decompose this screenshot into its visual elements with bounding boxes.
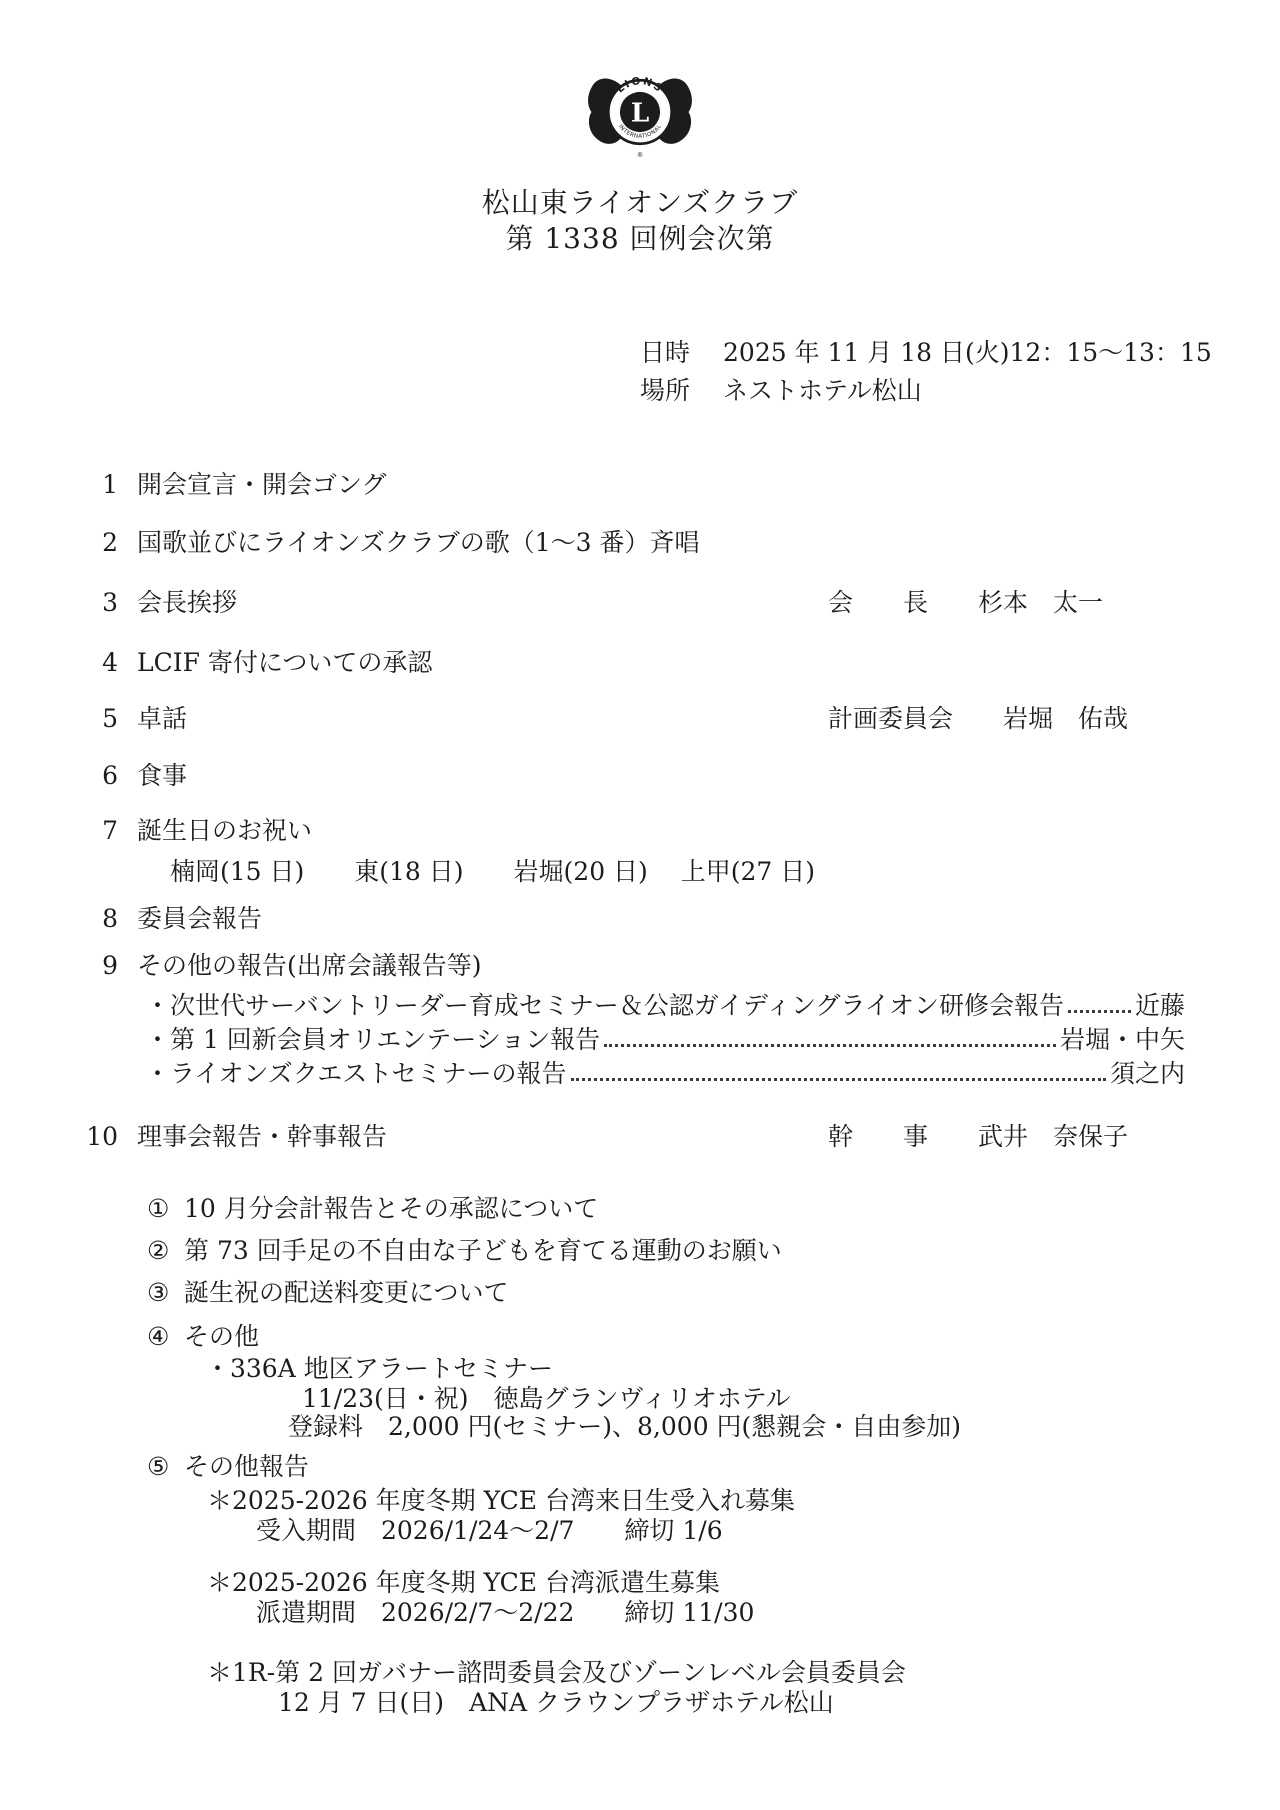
yce-incoming-period: 受入期間 2026/1/24～2/7 締切 1/6 [256, 1516, 723, 1546]
subitem-text: 第 73 回手足の不自由な子どもを育てる運動のお願い [184, 1236, 782, 1265]
circled-number: ② [147, 1236, 184, 1266]
report-text: ・次世代サーバントリーダー育成セミナー＆公認ガイディングライオン研修会報告 [145, 991, 1064, 1021]
subitem-5: ⑤その他報告 [147, 1452, 309, 1482]
report-person: 岩堀・中矢 [1060, 1025, 1185, 1055]
subitem-text: 誕生祝の配送料変更について [184, 1278, 509, 1307]
datetime-value: 2025 年 11 月 18 日(火)12：15～13：15 [723, 338, 1212, 367]
agenda-text: 会長挨拶 [137, 588, 237, 618]
yce-outgoing-period: 派遣期間 2026/2/7～2/22 締切 11/30 [256, 1598, 754, 1628]
report-person: 須之内 [1110, 1059, 1185, 1089]
dot-leader [1068, 1010, 1131, 1013]
document-page: L LIONS INTERNATIONAL ® 松山東ライオンズクラブ 第 13… [0, 0, 1280, 1810]
place-label: 場所 [640, 376, 690, 405]
yce-outgoing-title: ＊2025-2026 年度冬期 YCE 台湾派遣生募集 [207, 1568, 720, 1598]
agenda-number: 6 [86, 761, 118, 791]
place-value: ネストホテル松山 [723, 376, 922, 405]
datetime-label: 日時 [640, 338, 690, 367]
subitem-2: ②第 73 回手足の不自由な子どもを育てる運動のお願い [147, 1236, 782, 1266]
agenda-number: 3 [86, 588, 118, 618]
agenda-number: 5 [86, 704, 118, 734]
agenda-number: 10 [86, 1122, 118, 1152]
officer-name: 会 長 杉本 太一 [828, 588, 1103, 618]
report-line: ・ライオンズクエストセミナーの報告 須之内 [145, 1059, 1185, 1089]
dot-leader [604, 1044, 1056, 1047]
circled-number: ⑤ [147, 1452, 184, 1482]
agenda-text: 開会宣言・開会ゴング [137, 470, 387, 500]
agenda-number: 7 [86, 816, 118, 846]
agenda-text: 卓話 [137, 704, 187, 734]
agenda-text: その他の報告(出席会議報告等) [137, 951, 482, 981]
agenda-text: 食事 [137, 761, 187, 791]
report-person: 近藤 [1135, 991, 1185, 1021]
report-text: ・ライオンズクエストセミナーの報告 [145, 1059, 567, 1089]
agenda-number: 1 [86, 470, 118, 500]
lions-club-logo: L LIONS INTERNATIONAL ® [584, 62, 696, 162]
subitem-text: その他報告 [184, 1452, 309, 1481]
subitem-text: 10 月分会計報告とその承認について [184, 1194, 598, 1223]
agenda-text: 委員会報告 [137, 904, 262, 934]
circled-number: ④ [147, 1322, 184, 1352]
birthday-list: 楠岡(15 日) 東(18 日) 岩堀(20 日) 上甲(27 日) [170, 857, 815, 887]
agenda-text: 国歌並びにライオンズクラブの歌（1～3 番）斉唱 [137, 528, 700, 558]
agenda-text: 理事会報告・幹事報告 [137, 1122, 387, 1152]
agenda-text: 誕生日のお祝い [137, 816, 312, 846]
subitem-text: その他 [184, 1322, 259, 1351]
governor-committee-date-venue: 12 月 7 日(日) ANA クラウンプラザホテル松山 [278, 1688, 834, 1718]
report-text: ・第 1 回新会員オリエンテーション報告 [145, 1025, 600, 1055]
meeting-place: 場所ネストホテル松山 [640, 376, 922, 406]
circled-number: ① [147, 1194, 184, 1224]
subitem-1: ①10 月分会計報告とその承認について [147, 1194, 598, 1224]
logo-trademark: ® [637, 151, 644, 159]
circled-number: ③ [147, 1278, 184, 1308]
agenda-number: 9 [86, 951, 118, 981]
agenda-number: 8 [86, 904, 118, 934]
governor-committee-title: ＊1R-第 2 回ガバナー諮問委員会及びゾーンレベル会員委員会 [207, 1658, 906, 1688]
seminar-fee: 登録料 2,000 円(セミナー)、8,000 円(懇親会・自由参加) [288, 1412, 961, 1442]
agenda-text: LCIF 寄付についての承認 [137, 648, 432, 678]
speaker-name: 計画委員会 岩堀 佑哉 [828, 704, 1128, 734]
club-name: 松山東ライオンズクラブ [0, 186, 1280, 220]
officer-name: 幹 事 武井 奈保子 [828, 1122, 1128, 1152]
meeting-datetime: 日時2025 年 11 月 18 日(火)12：15～13：15 [640, 338, 1212, 368]
seminar-date-venue: 11/23(日・祝) 徳島グランヴィリオホテル [302, 1384, 791, 1414]
report-line: ・第 1 回新会員オリエンテーション報告 岩堀・中矢 [145, 1025, 1185, 1055]
logo-center-letter: L [631, 97, 649, 128]
meeting-title: 第 1338 回例会次第 [0, 222, 1280, 256]
agenda-number: 4 [86, 648, 118, 678]
agenda-number: 2 [86, 528, 118, 558]
yce-incoming-title: ＊2025-2026 年度冬期 YCE 台湾来日生受入れ募集 [207, 1486, 795, 1516]
seminar-title: ・336A 地区アラートセミナー [205, 1354, 553, 1384]
subitem-4: ④その他 [147, 1322, 259, 1352]
subitem-3: ③誕生祝の配送料変更について [147, 1278, 509, 1308]
report-line: ・次世代サーバントリーダー育成セミナー＆公認ガイディングライオン研修会報告 近藤 [145, 991, 1185, 1021]
dot-leader [571, 1078, 1106, 1081]
